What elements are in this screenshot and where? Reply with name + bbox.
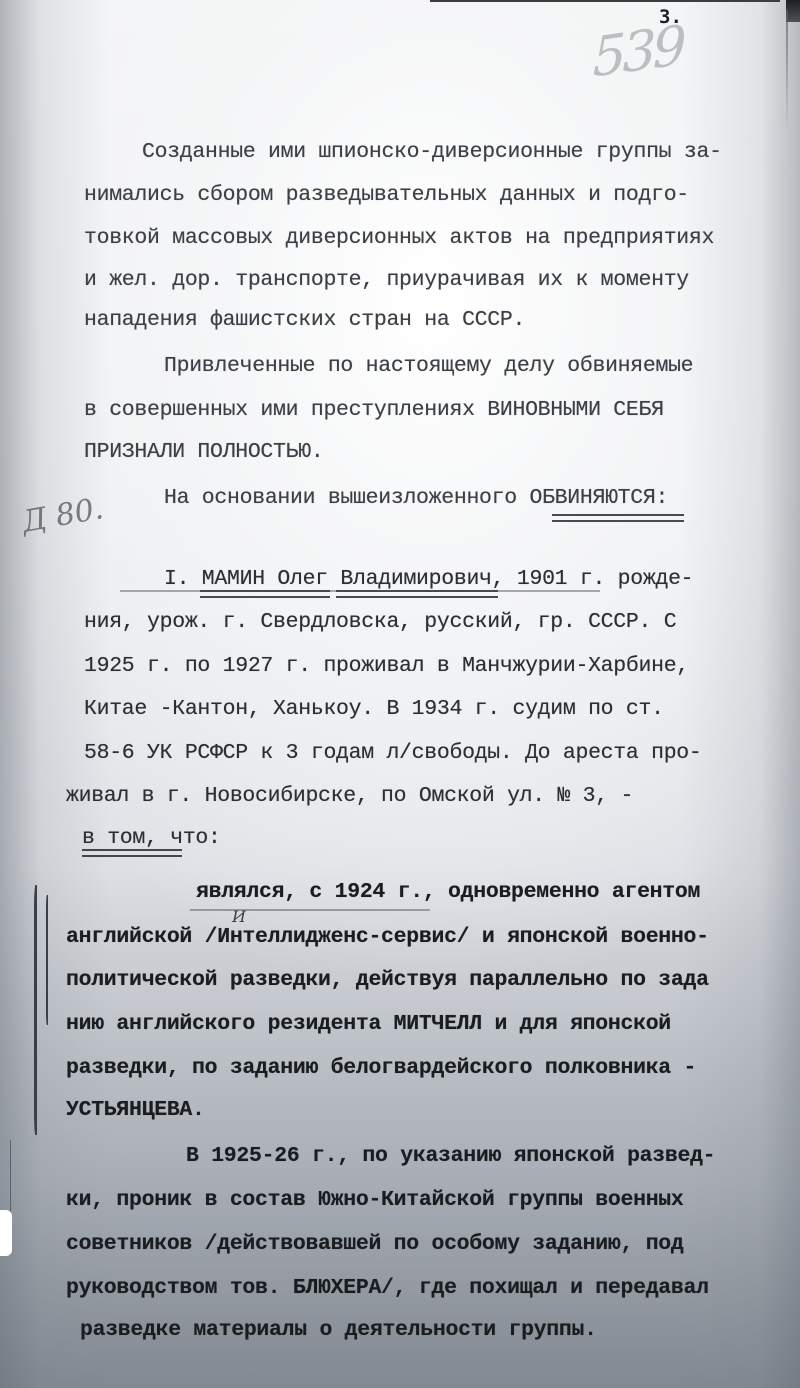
underline-pencil	[120, 590, 600, 592]
text-line: Созданные ими шпионско-диверсионные груп…	[142, 140, 722, 164]
text-line: советников /действовавшей по особому зад…	[66, 1232, 684, 1256]
text-line: товкой массовых диверсионных актов на пр…	[84, 226, 714, 250]
handwritten-margin-note: Д 80.	[20, 491, 106, 540]
handwritten-correction: И	[232, 907, 246, 926]
text-line: живал в г. Новосибирске, по Омской ул. №…	[66, 784, 633, 808]
underline-pencil	[190, 909, 430, 911]
text-line: нию английского резидента МИТЧЕЛЛ и для …	[66, 1012, 671, 1036]
text-line: в совершенных ими преступлениях ВИНОВНЫМ…	[84, 398, 664, 422]
text-line: нимались сбором разведывательных данных …	[84, 183, 689, 207]
text-line: УСТЬЯНЦЕВА.	[66, 1098, 205, 1122]
underline	[82, 849, 182, 857]
underline	[552, 514, 684, 522]
archive-page-stamp: 539	[592, 13, 682, 89]
text-line: Привлеченные по настоящему делу обвиняем…	[164, 354, 693, 378]
scan-right-edge	[786, 10, 788, 130]
scan-top-edge	[430, 0, 780, 2]
text-line: На основании вышеизложенного ОБВИНЯЮТСЯ:	[164, 486, 668, 510]
document-page: 3. 539 Созданные ими шпионско-диверсионн…	[0, 0, 800, 1388]
text-line: ки, проник в состав Южно-Китайской групп…	[66, 1188, 684, 1212]
text-line: В 1925-26 г., по указанию японской разве…	[186, 1144, 715, 1168]
text-line: Китае -Кантон, Ханькоу. В 1934 г. судим …	[84, 697, 664, 721]
text-line: разведке материалы о деятельности группы…	[80, 1318, 597, 1342]
text-line: ПРИЗНАЛИ ПОЛНОСТЬЮ.	[84, 440, 323, 464]
text-line: разведки, по заданию белогвардейского по…	[66, 1056, 696, 1080]
text-line: и жел. дор. транспорте, приурачивая их к…	[84, 268, 689, 292]
text-line: 58-6 УК РСФСР к 3 годам л/свободы. До ар…	[84, 741, 702, 765]
margin-bracket-mark	[46, 895, 48, 1025]
text-line: I. МАМИН Олег Владимирович, 1901 г. рожд…	[164, 567, 693, 591]
text-line: в том, что:	[82, 826, 221, 850]
scan-corner-shadow	[786, 0, 800, 22]
text-line: являлся, с 1924 г., одновременно агентом	[196, 880, 700, 904]
margin-bracket-mark	[34, 885, 37, 1135]
text-line: нападения фашистских стран на СССР.	[84, 308, 525, 332]
text-line: руководством тов. БЛЮХЕРА/, где похищал …	[66, 1276, 709, 1300]
text-line: политической разведки, действуя параллел…	[66, 968, 709, 992]
text-line: ния, урож. г. Свердловска, русский, гр. …	[84, 610, 676, 634]
text-line: английской /Интеллидженс-сервис/ и японс…	[66, 925, 709, 949]
text-line: 1925 г. по 1927 г. проживал в Манчжурии-…	[84, 654, 689, 678]
scan-edge-tear	[0, 1210, 12, 1256]
